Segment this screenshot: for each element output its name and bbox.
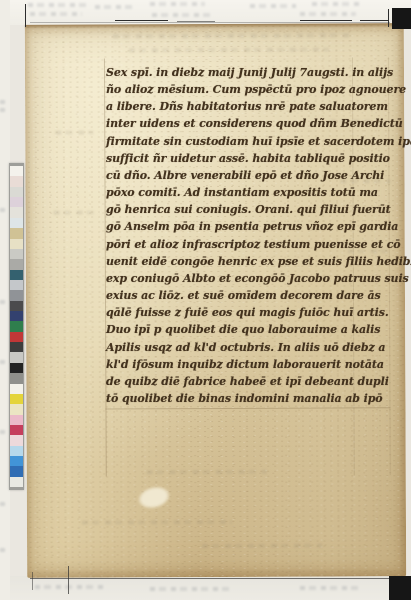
bleed-through-text xyxy=(35,585,105,589)
color-patch xyxy=(10,384,23,394)
color-patch xyxy=(10,166,23,176)
manuscript-line: pōxo comitī. Ad instantiam expositis tot… xyxy=(106,184,368,201)
manuscript-line: ño alioz mēsium. Cum pspēctū pro ipoz ag… xyxy=(106,81,368,98)
color-patch xyxy=(10,332,23,342)
bleed-through-text xyxy=(250,4,296,8)
color-patch xyxy=(10,435,23,445)
bleed-through-text xyxy=(0,300,9,304)
color-patch xyxy=(10,466,23,476)
bleed-through-text xyxy=(300,586,360,590)
manuscript-line: uenit eidē congōe henric ex pse et suis … xyxy=(106,253,368,270)
bleed-through-text xyxy=(0,208,9,212)
registration-cross-bottom xyxy=(68,566,69,594)
color-patch xyxy=(10,301,23,311)
black-corner-marker-top-right xyxy=(392,8,411,29)
color-patch xyxy=(10,321,23,331)
manuscript-line: exp coniugō Albto et econgōō Jacobo patr… xyxy=(106,270,368,287)
black-corner-marker-bottom-right xyxy=(389,576,411,600)
color-patch xyxy=(10,270,23,280)
bleed-through-text xyxy=(55,131,93,135)
manuscript-line: de quibz diē fabrice habeē et ipī debean… xyxy=(106,373,368,390)
manuscript-line: firmitate sin custodiam huī ipsīe et sac… xyxy=(106,133,368,150)
color-patch xyxy=(10,311,23,321)
bleed-through-text xyxy=(300,12,356,16)
frame-line-bottom xyxy=(30,578,390,579)
bleed-through-text xyxy=(202,544,322,549)
color-patch xyxy=(10,197,23,207)
manuscript-line: gō henrica sui coniugis. Orani. qui fili… xyxy=(106,201,368,218)
bleed-through-text xyxy=(0,108,9,112)
bleed-through-text xyxy=(152,13,212,17)
registration-line-top-left xyxy=(25,4,26,27)
bleed-through-text xyxy=(30,12,82,16)
bleed-through-text xyxy=(28,3,88,7)
manuscript-line: gō Anselm pōa in psentia petrus vñoz epī… xyxy=(106,218,368,235)
frame-line-top xyxy=(30,22,390,23)
color-patch xyxy=(10,207,23,217)
manuscript-line: qālē fuisse z fuiē eos qui magis fuiōc h… xyxy=(106,304,368,321)
color-patch xyxy=(10,446,23,456)
bleed-through-text xyxy=(150,2,205,6)
manuscript-line: sufficit ñr uidetur assē. habita tabliqu… xyxy=(106,150,368,167)
color-patch xyxy=(10,218,23,228)
bleed-through-text xyxy=(0,548,9,552)
bleed-through-text xyxy=(312,2,362,6)
registration-line-top-right xyxy=(388,9,389,27)
manuscript-line: cū dño. Albre venerabili epō et dño Jose… xyxy=(106,167,368,184)
color-patch xyxy=(10,425,23,435)
manuscript-line: exius ac liōz. et suē omīdem decorem dar… xyxy=(106,287,368,304)
manuscript-line: Apilis usqz ad kl'd octubris. In aliis u… xyxy=(106,339,368,356)
manuscript-text-block: Sex spī. in diebz maij Junij Julij 7augs… xyxy=(106,64,368,407)
color-patch xyxy=(10,415,23,425)
color-patch xyxy=(10,290,23,300)
bleed-through-text xyxy=(150,587,232,591)
manuscript-line: Sex spī. in diebz maij Junij Julij 7augs… xyxy=(106,64,368,81)
registration-line-top-seg3 xyxy=(300,20,352,21)
bleed-through-text xyxy=(129,48,329,53)
manuscript-line: a libere. Dñs habitatorius nrē pate salu… xyxy=(106,98,368,115)
bleed-through-text xyxy=(82,520,232,525)
color-patch xyxy=(10,176,23,186)
bleed-through-text xyxy=(0,502,9,506)
manuscript-line: tō quolibet die binas indomini manalia a… xyxy=(106,390,368,407)
bleed-through-text xyxy=(147,470,267,475)
color-patch xyxy=(10,404,23,414)
registration-line-top-seg4 xyxy=(360,20,388,21)
manuscript-line: Duo ipī p quolibet die quo laborauime a … xyxy=(106,321,368,338)
bleed-through-text xyxy=(0,100,9,104)
manuscript-line: inter uidens et considerens quod dñm Ben… xyxy=(106,115,368,132)
bleed-through-text xyxy=(113,33,353,38)
color-patch xyxy=(10,373,23,383)
manuscript-line: kl'd ifōsum inquibz dictum laborauerit n… xyxy=(106,356,368,373)
color-patch xyxy=(10,342,23,352)
color-patch xyxy=(10,259,23,269)
color-patch xyxy=(10,239,23,249)
color-patch xyxy=(10,456,23,466)
manuscript-scan: Sex spī. in diebz maij Junij Julij 7augs… xyxy=(0,0,411,600)
color-patch xyxy=(10,394,23,404)
color-patch xyxy=(10,249,23,259)
bleed-through-text xyxy=(95,5,137,9)
registration-tick-bottom-left xyxy=(32,572,33,590)
color-patch xyxy=(10,363,23,373)
ruling-line-bottom xyxy=(105,407,390,409)
bleed-through-text xyxy=(54,211,94,215)
bleed-through-text xyxy=(0,360,9,364)
registration-line-top-seg1 xyxy=(115,20,168,21)
color-patch xyxy=(10,187,23,197)
manuscript-line: pōri et alioz infrascriptoz testium puen… xyxy=(106,236,368,253)
color-patch xyxy=(10,477,23,487)
color-calibration-strip xyxy=(9,163,24,490)
color-patch xyxy=(10,280,23,290)
color-patch xyxy=(10,352,23,362)
color-patch xyxy=(10,228,23,238)
bleed-through-text xyxy=(0,430,9,434)
